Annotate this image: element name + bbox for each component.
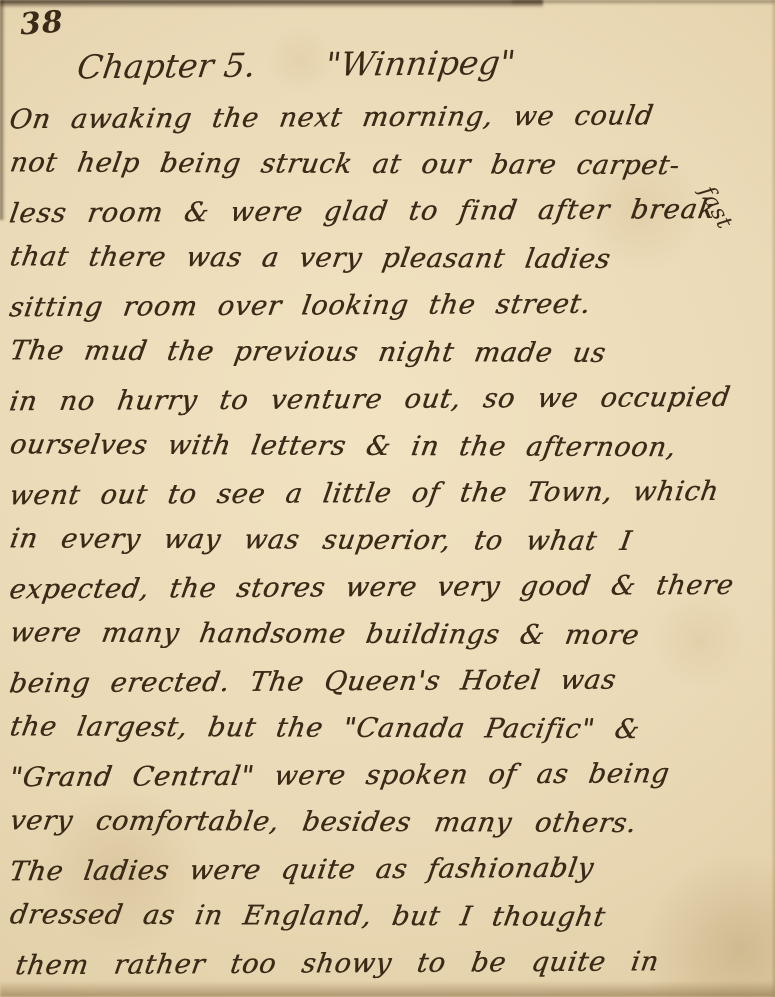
chapter-label: Chapter 5. — [75, 46, 258, 87]
chapter-heading: Chapter 5."Winnipeg" — [75, 41, 738, 87]
manuscript-line: "Grand Central" were spoken of as being — [6, 750, 773, 802]
manuscript-line: them rather too showy to be quite in — [6, 938, 773, 990]
manuscript-body: On awaking the next morning, we couldnot… — [10, 94, 769, 987]
photo-edge-top-right — [512, 0, 775, 5]
manuscript-line: in no hurry to venture out, so we occupi… — [6, 374, 773, 426]
manuscript-line: ourselves with letters & in the afternoo… — [6, 421, 772, 471]
photo-edge-left — [0, 0, 5, 220]
manuscript-line: went out to see a little of the Town, wh… — [6, 468, 773, 520]
manuscript-line: very comfortable, besides many others. — [6, 797, 772, 847]
manuscript-line: in every way was superior, to what I — [6, 515, 772, 565]
manuscript-line: expected, the stores were very good & th… — [6, 562, 773, 614]
photo-edge-top — [0, 0, 543, 8]
manuscript-line: were many handsome buildings & more — [6, 609, 772, 659]
manuscript-line: The mud the previous night made us — [6, 327, 772, 377]
page-number: 38 — [19, 5, 65, 43]
manuscript-line: not help being struck at our bare carpet… — [6, 139, 772, 189]
manuscript-line: The ladies were quite as fashionably — [6, 844, 773, 896]
manuscript-line: that there was a very pleasant ladies — [6, 233, 772, 283]
manuscript-line: being erected. The Queen's Hotel was — [6, 656, 773, 708]
chapter-title: "Winnipeg" — [323, 43, 517, 84]
manuscript-line: less room & were glad to find after brea… — [6, 186, 773, 238]
manuscript-line: dressed as in England, but I thought — [6, 891, 772, 941]
manuscript-line: On awaking the next morning, we could — [6, 92, 773, 144]
manuscript-line: the largest, but the "Canada Pacific" & — [6, 703, 772, 753]
manuscript-page: 38 Chapter 5."Winnipeg" On awaking the n… — [0, 0, 775, 997]
manuscript-line: sitting room over looking the street. — [6, 280, 773, 332]
